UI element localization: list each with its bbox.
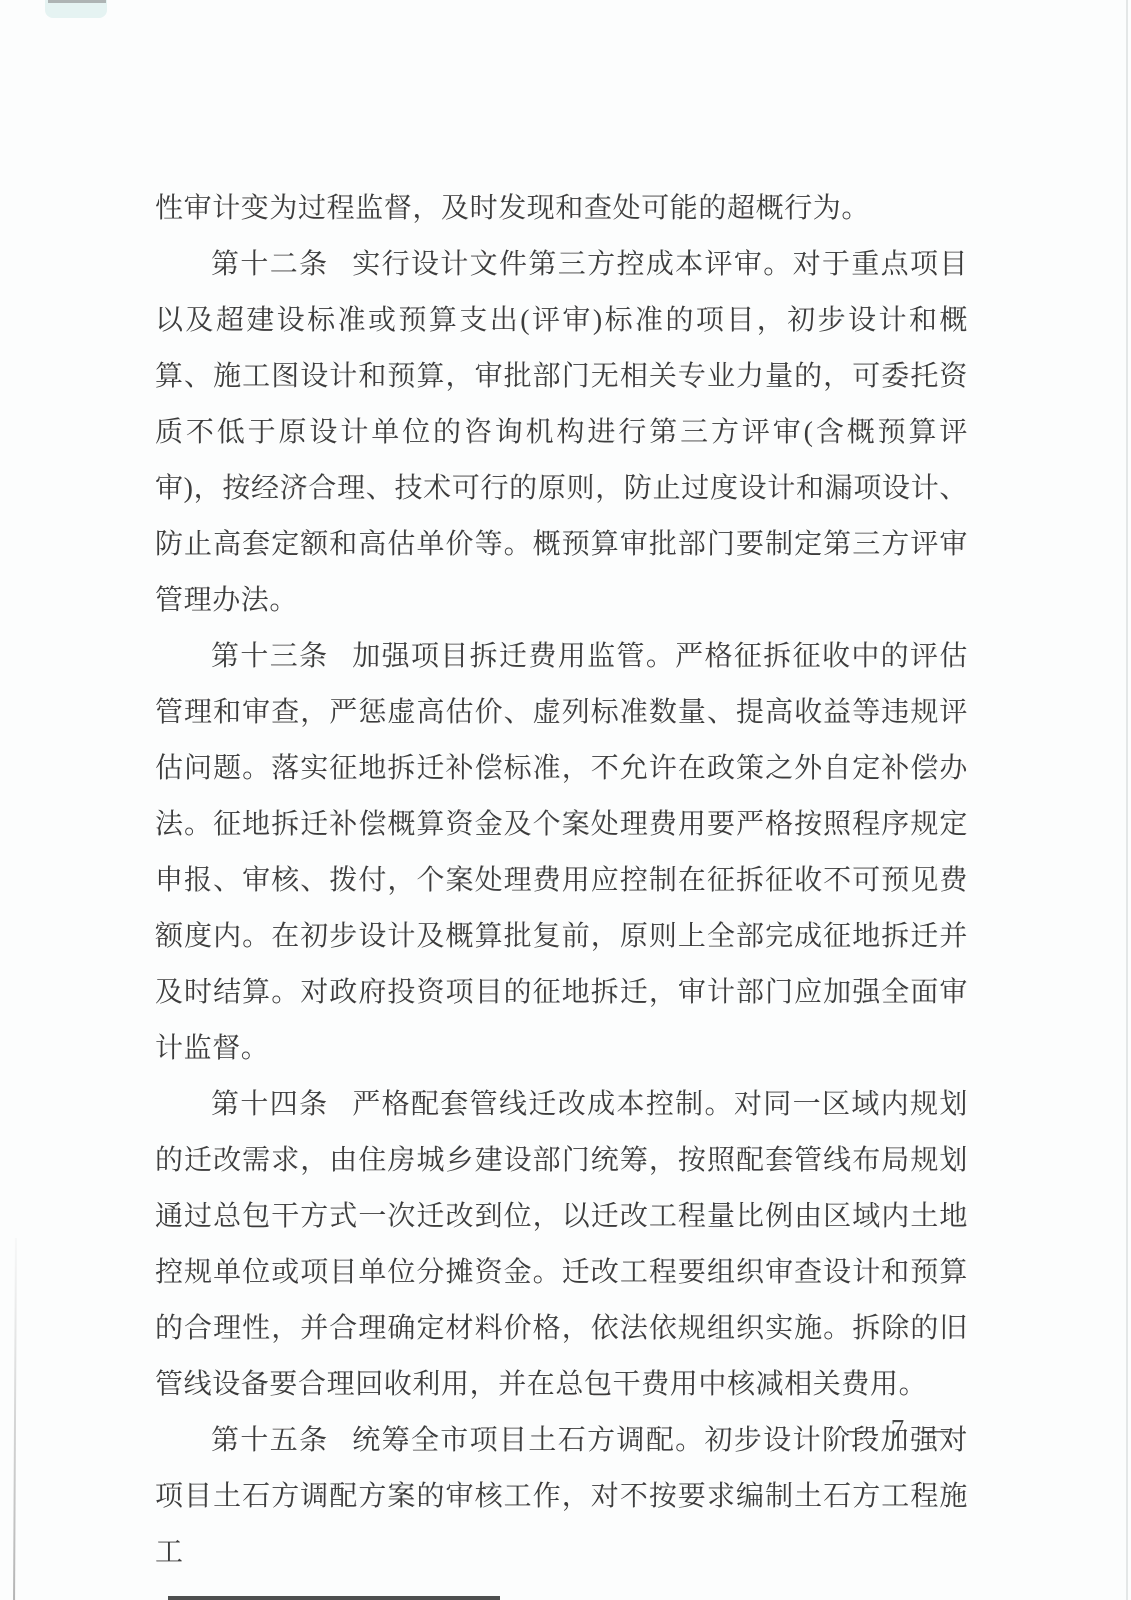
article-number: 第十四条 xyxy=(211,1089,328,1120)
article-number: 第十三条 xyxy=(211,641,328,672)
document-page: 性审计变为过程监督，及时发现和查处可能的超概行为。 第十二条实行设计文件第三方控… xyxy=(0,0,1131,1600)
scan-artifact-right-edge xyxy=(1126,0,1128,1600)
article-number: 第十五条 xyxy=(211,1425,328,1456)
paragraph-article-12: 第十二条实行设计文件第三方控成本评审。对于重点项目以及超建设标准或预算支出(评审… xyxy=(155,237,968,629)
page-number: — 7 — xyxy=(847,1414,953,1445)
paragraph-article-13: 第十三条加强项目拆迁费用监管。严格征拆征收中的评估管理和审查，严惩虚高估价、虚列… xyxy=(155,629,968,1077)
paragraph-text: 性审计变为过程监督，及时发现和查处可能的超概行为。 xyxy=(155,193,870,224)
paragraph-text: 实行设计文件第三方控成本评审。对于重点项目以及超建设标准或预算支出(评审)标准的… xyxy=(155,249,968,616)
paragraph-text: 加强项目拆迁费用监管。严格征拆征收中的评估管理和审查，严惩虚高估价、虚列标准数量… xyxy=(155,641,968,1064)
document-body: 性审计变为过程监督，及时发现和查处可能的超概行为。 第十二条实行设计文件第三方控… xyxy=(155,181,968,1581)
paragraph-continuation: 性审计变为过程监督，及时发现和查处可能的超概行为。 xyxy=(155,181,968,237)
article-number: 第十二条 xyxy=(211,249,328,280)
scan-artifact-smudge xyxy=(45,0,107,18)
paragraph-article-14: 第十四条严格配套管线迁改成本控制。对同一区域内规划的迁改需求，由住房城乡建设部门… xyxy=(155,1077,968,1413)
paragraph-text: 严格配套管线迁改成本控制。对同一区域内规划的迁改需求，由住房城乡建设部门统筹，按… xyxy=(155,1089,968,1400)
scan-artifact-bottom-line xyxy=(168,1596,500,1600)
scan-artifact-left-crease xyxy=(13,1238,17,1600)
scan-artifact-top-tick xyxy=(48,0,106,3)
